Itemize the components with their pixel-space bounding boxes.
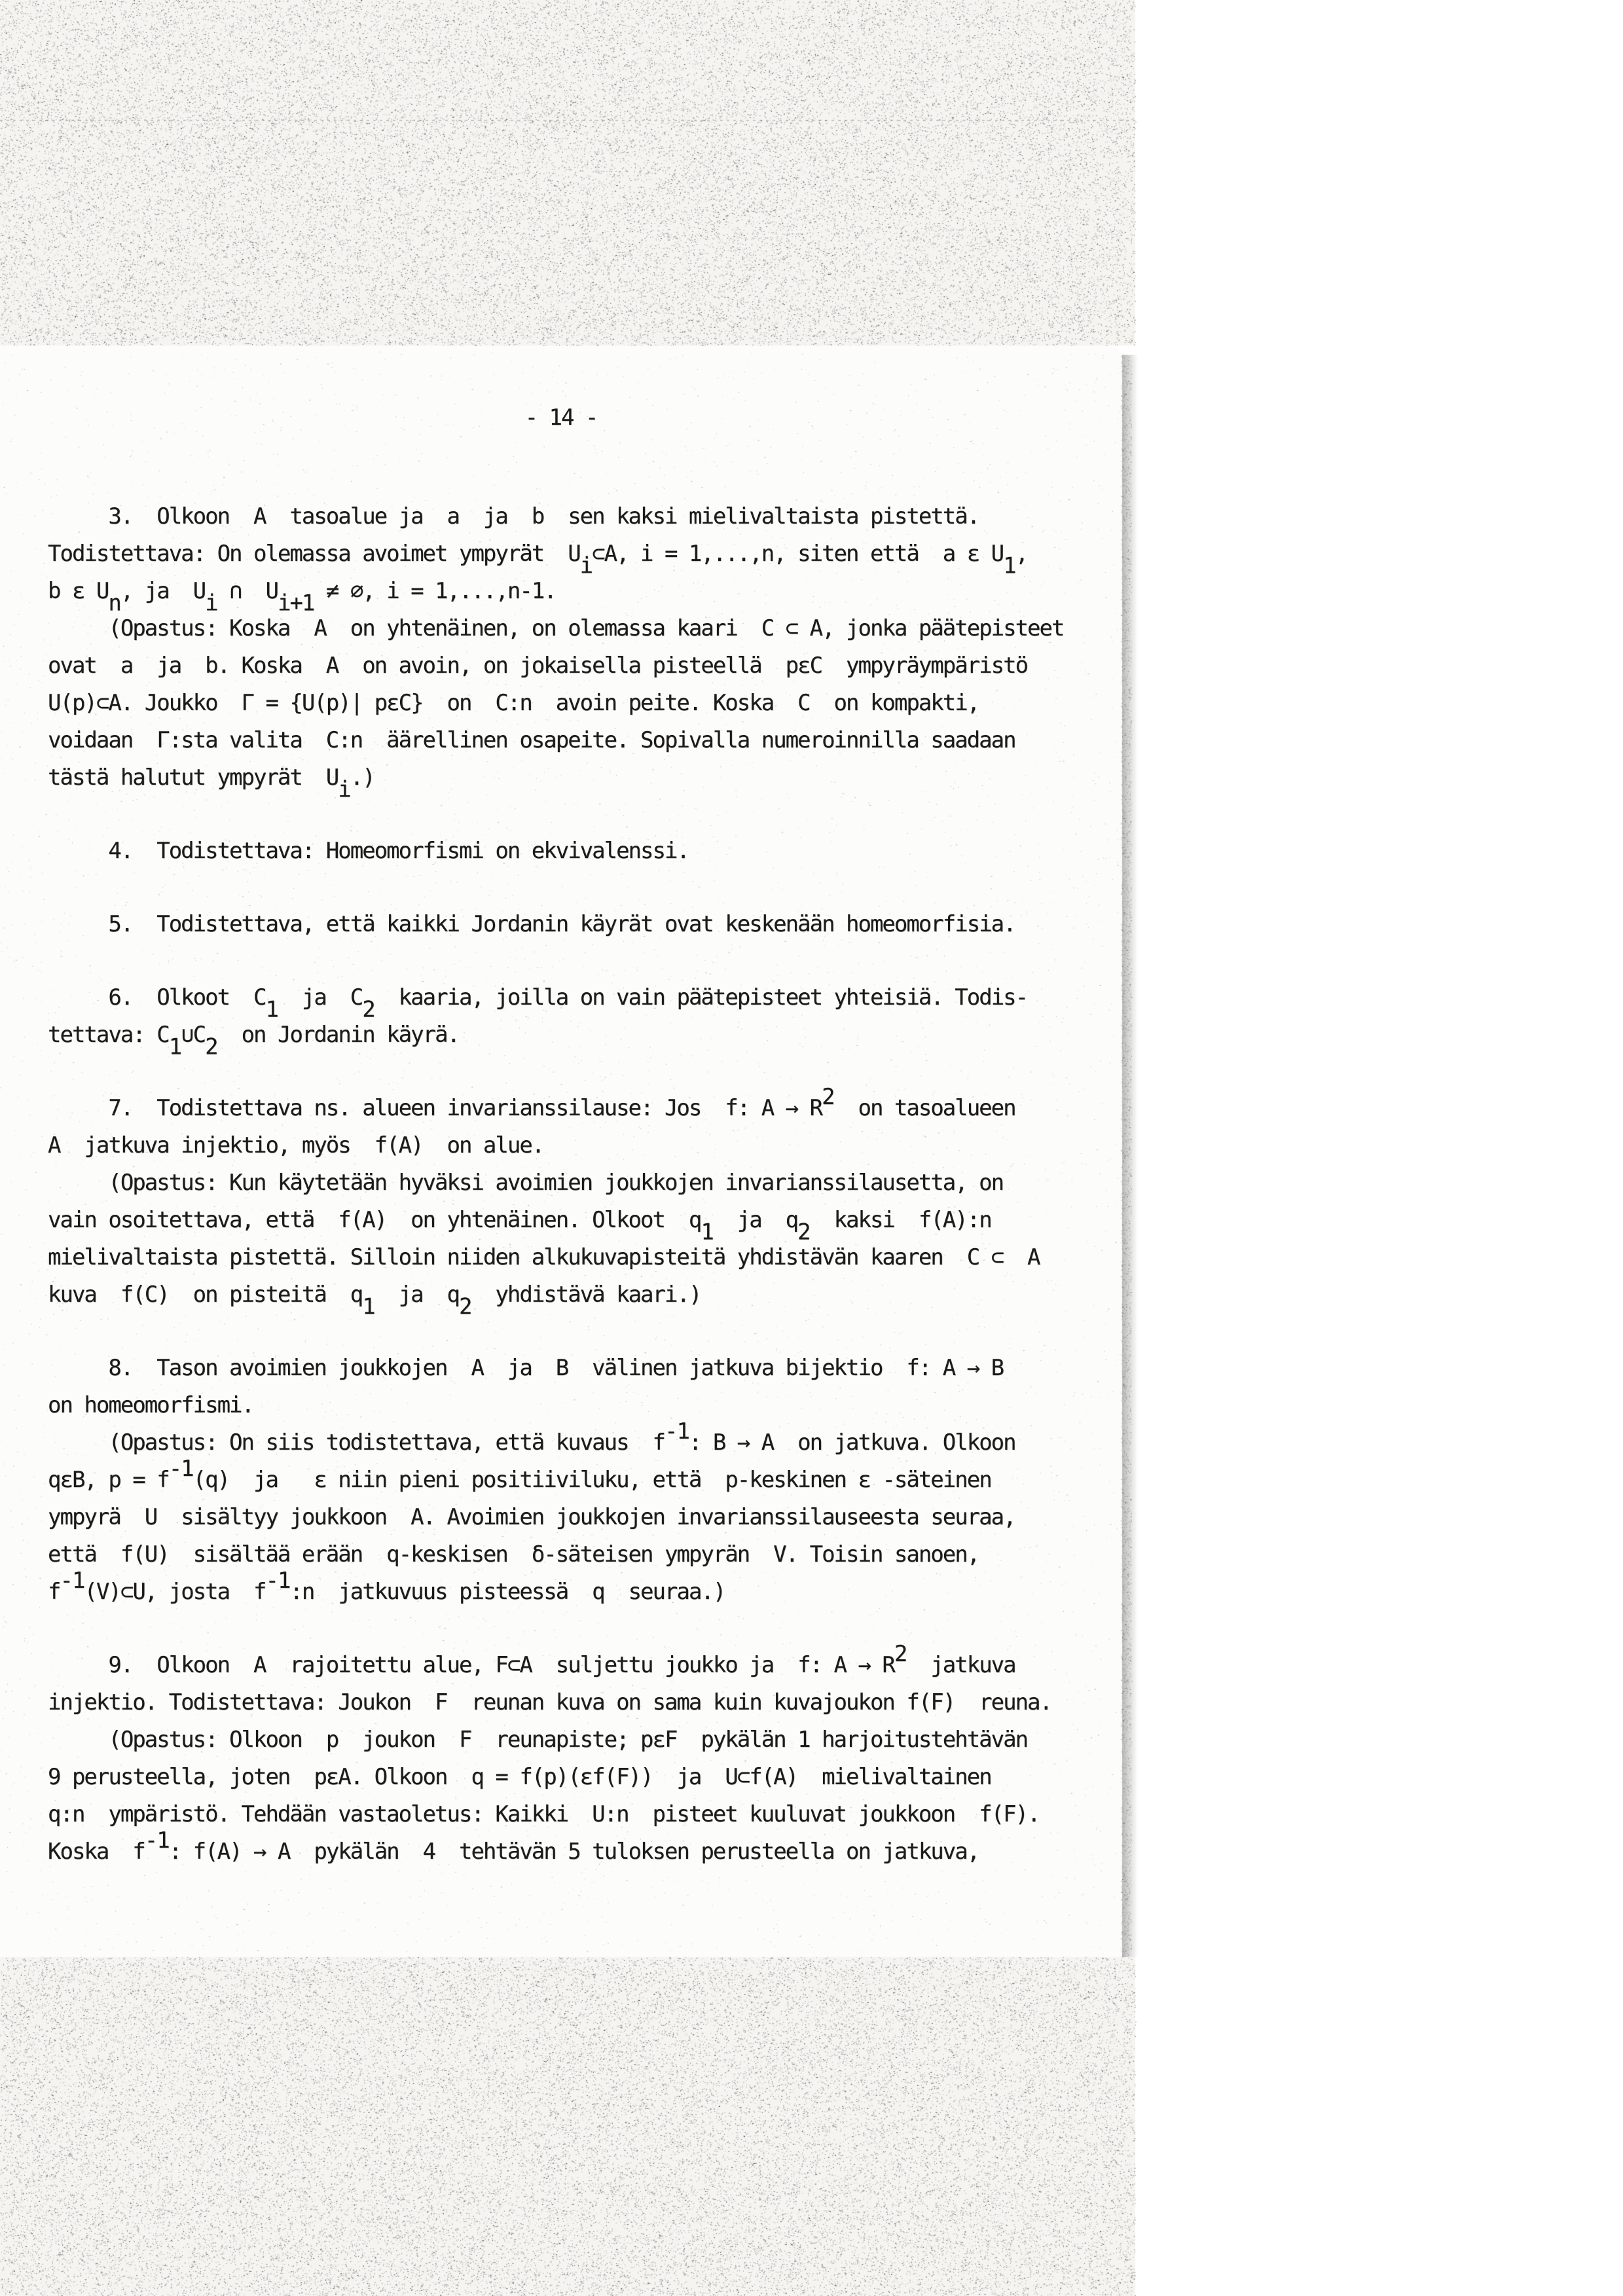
text-line: injektio. Todistettava: Joukon F reunan … bbox=[48, 1684, 1122, 1721]
text-line: ympyrä U sisältyy joukkoon A. Avoimien j… bbox=[48, 1499, 1122, 1536]
page-number: - 14 - bbox=[0, 346, 1122, 437]
paragraph-exercise-8: 8. Tason avoimien joukkojen A ja B välin… bbox=[48, 1350, 1122, 1611]
text-line: (Opastus: Olkoon p joukon F reunapiste; … bbox=[48, 1721, 1122, 1759]
paragraph-exercise-4: 4. Todistettava: Homeomorfismi on ekviva… bbox=[48, 833, 1122, 870]
text-line: (Opastus: On siis todistettava, että kuv… bbox=[48, 1424, 1122, 1462]
text-line: 4. Todistettava: Homeomorfismi on ekviva… bbox=[48, 833, 1122, 870]
text-line: että f(U) sisältää erään q-keskisen δ-sä… bbox=[48, 1536, 1122, 1573]
paragraph-exercise-6: 6. Olkoot C1 ja C2 kaaria, joilla on vai… bbox=[48, 979, 1122, 1054]
text-line: 6. Olkoot C1 ja C2 kaaria, joilla on vai… bbox=[48, 979, 1122, 1016]
paragraph-exercise-9: 9. Olkoon A rajoitettu alue, F⊂A suljett… bbox=[48, 1647, 1122, 1871]
text-line: 8. Tason avoimien joukkojen A ja B välin… bbox=[48, 1350, 1122, 1387]
text-line: on homeomorfismi. bbox=[48, 1387, 1122, 1424]
paragraph-exercise-5: 5. Todistettava, että kaikki Jordanin kä… bbox=[48, 906, 1122, 943]
text-line: 9 perusteella, joten pεA. Olkoon q = f(p… bbox=[48, 1759, 1122, 1796]
text-line: ovat a ja b. Koska A on avoin, on jokais… bbox=[48, 647, 1122, 685]
text-line: Koska f-1: f(A) → A pykälän 4 tehtävän 5… bbox=[48, 1833, 1122, 1871]
text-line: (Opastus: Kun käytetään hyväksi avoimien… bbox=[48, 1164, 1122, 1202]
text-line: 9. Olkoon A rajoitettu alue, F⊂A suljett… bbox=[48, 1647, 1122, 1684]
document-page: - 14 - 3. Olkoon A tasoalue ja a ja b se… bbox=[0, 346, 1122, 1957]
paragraph-exercise-7: 7. Todistettava ns. alueen invarianssila… bbox=[48, 1090, 1122, 1314]
text-line: qεB, p = f-1(q) ja ε niin pieni positiiv… bbox=[48, 1462, 1122, 1499]
text-line: q:n ympäristö. Tehdään vastaoletus: Kaik… bbox=[48, 1796, 1122, 1833]
paragraph-exercise-3: 3. Olkoon A tasoalue ja a ja b sen kaksi… bbox=[48, 498, 1122, 797]
text-line: vain osoitettava, että f(A) on yhtenäine… bbox=[48, 1202, 1122, 1239]
text-line: tästä halutut ympyrät Ui.) bbox=[48, 759, 1122, 797]
text-line: U(p)⊂A. Joukko Γ = {U(p)| pεC} on C:n av… bbox=[48, 685, 1122, 722]
text-line: tettava: C1∪C2 on Jordanin käyrä. bbox=[48, 1016, 1122, 1054]
text-line: Todistettava: On olemassa avoimet ympyrä… bbox=[48, 535, 1122, 573]
text-line: mielivaltaista pistettä. Silloin niiden … bbox=[48, 1239, 1122, 1276]
text-line: 3. Olkoon A tasoalue ja a ja b sen kaksi… bbox=[48, 498, 1122, 535]
text-line: A jatkuva injektio, myös f(A) on alue. bbox=[48, 1127, 1122, 1164]
text-line: 7. Todistettava ns. alueen invarianssila… bbox=[48, 1090, 1122, 1127]
text-line: kuva f(C) on pisteitä q1 ja q2 yhdistävä… bbox=[48, 1276, 1122, 1314]
text-line: f-1(V)⊂U, josta f-1:n jatkuvuus pisteess… bbox=[48, 1573, 1122, 1611]
text-line: voidaan Γ:sta valita C:n äärellinen osap… bbox=[48, 722, 1122, 759]
page-text: 3. Olkoon A tasoalue ja a ja b sen kaksi… bbox=[0, 498, 1122, 1871]
text-line: 5. Todistettava, että kaikki Jordanin kä… bbox=[48, 906, 1122, 943]
